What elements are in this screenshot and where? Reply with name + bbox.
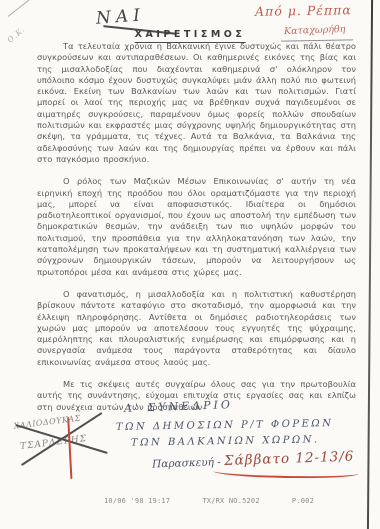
session-note-body: ΤΩΝ ΔΗΜΟΣΙΩΝ Ρ/Τ ΦΟΡΕΩΝ bbox=[116, 418, 334, 433]
fax-page-number: P.002 bbox=[292, 497, 314, 505]
fax-txrx-number: TX/RX NO.5202 bbox=[202, 497, 259, 505]
handwritten-red-note-filed: Καταχωρήθη bbox=[284, 24, 346, 37]
session-dates-days: Παρασκευή - bbox=[152, 456, 221, 470]
red-date-underline bbox=[213, 469, 359, 480]
paragraph-3: Ο φανατισμός, η μισαλλοδοξία και η πολιτ… bbox=[37, 289, 356, 368]
session-dates-red: Σάββατο 12-13/6 bbox=[224, 448, 355, 469]
scan-edge-line bbox=[367, 0, 373, 529]
document-body: Τα τελευταία χρόνια η Βαλκανική έγινε δυ… bbox=[37, 41, 356, 424]
session-note-country: ΤΩΝ ΒΑΛΚΑΝΙΩΝ ΧΩΡΩΝ. bbox=[131, 434, 320, 448]
handwritten-ok-note: Ο.Κ. bbox=[6, 24, 28, 44]
handwritten-red-note-sender: Από μ. Ρέππα bbox=[255, 2, 352, 19]
paragraph-1: Τα τελευταία χρόνια η Βαλκανική έγινε δυ… bbox=[37, 41, 356, 165]
crossed-out-note: ΧΑΛΙΟΔΟΥΚΑΣ ΤΣΑΡΔΕΡΗΣ bbox=[13, 411, 111, 474]
fax-footer: 10/06 '98 19:17 TX/RX NO.5202 P.002 bbox=[104, 497, 314, 505]
paragraph-2: Ο ρόλος των Μαζικών Μέσων Επικοινωνίας σ… bbox=[37, 176, 356, 278]
session-note-dates: Παρασκευή - Σάββατο 12-13/6 bbox=[152, 448, 355, 471]
red-strike-stroke bbox=[67, 417, 72, 479]
fax-datetime: 10/06 '98 19:17 bbox=[104, 497, 170, 505]
checkmark-slash-stroke bbox=[8, 0, 55, 17]
scanned-fax-page: Ο.Κ. ΝΑΙ Από μ. Ρέππα Καταχωρήθη ΧΑΙΡΕΤΙ… bbox=[0, 0, 380, 529]
